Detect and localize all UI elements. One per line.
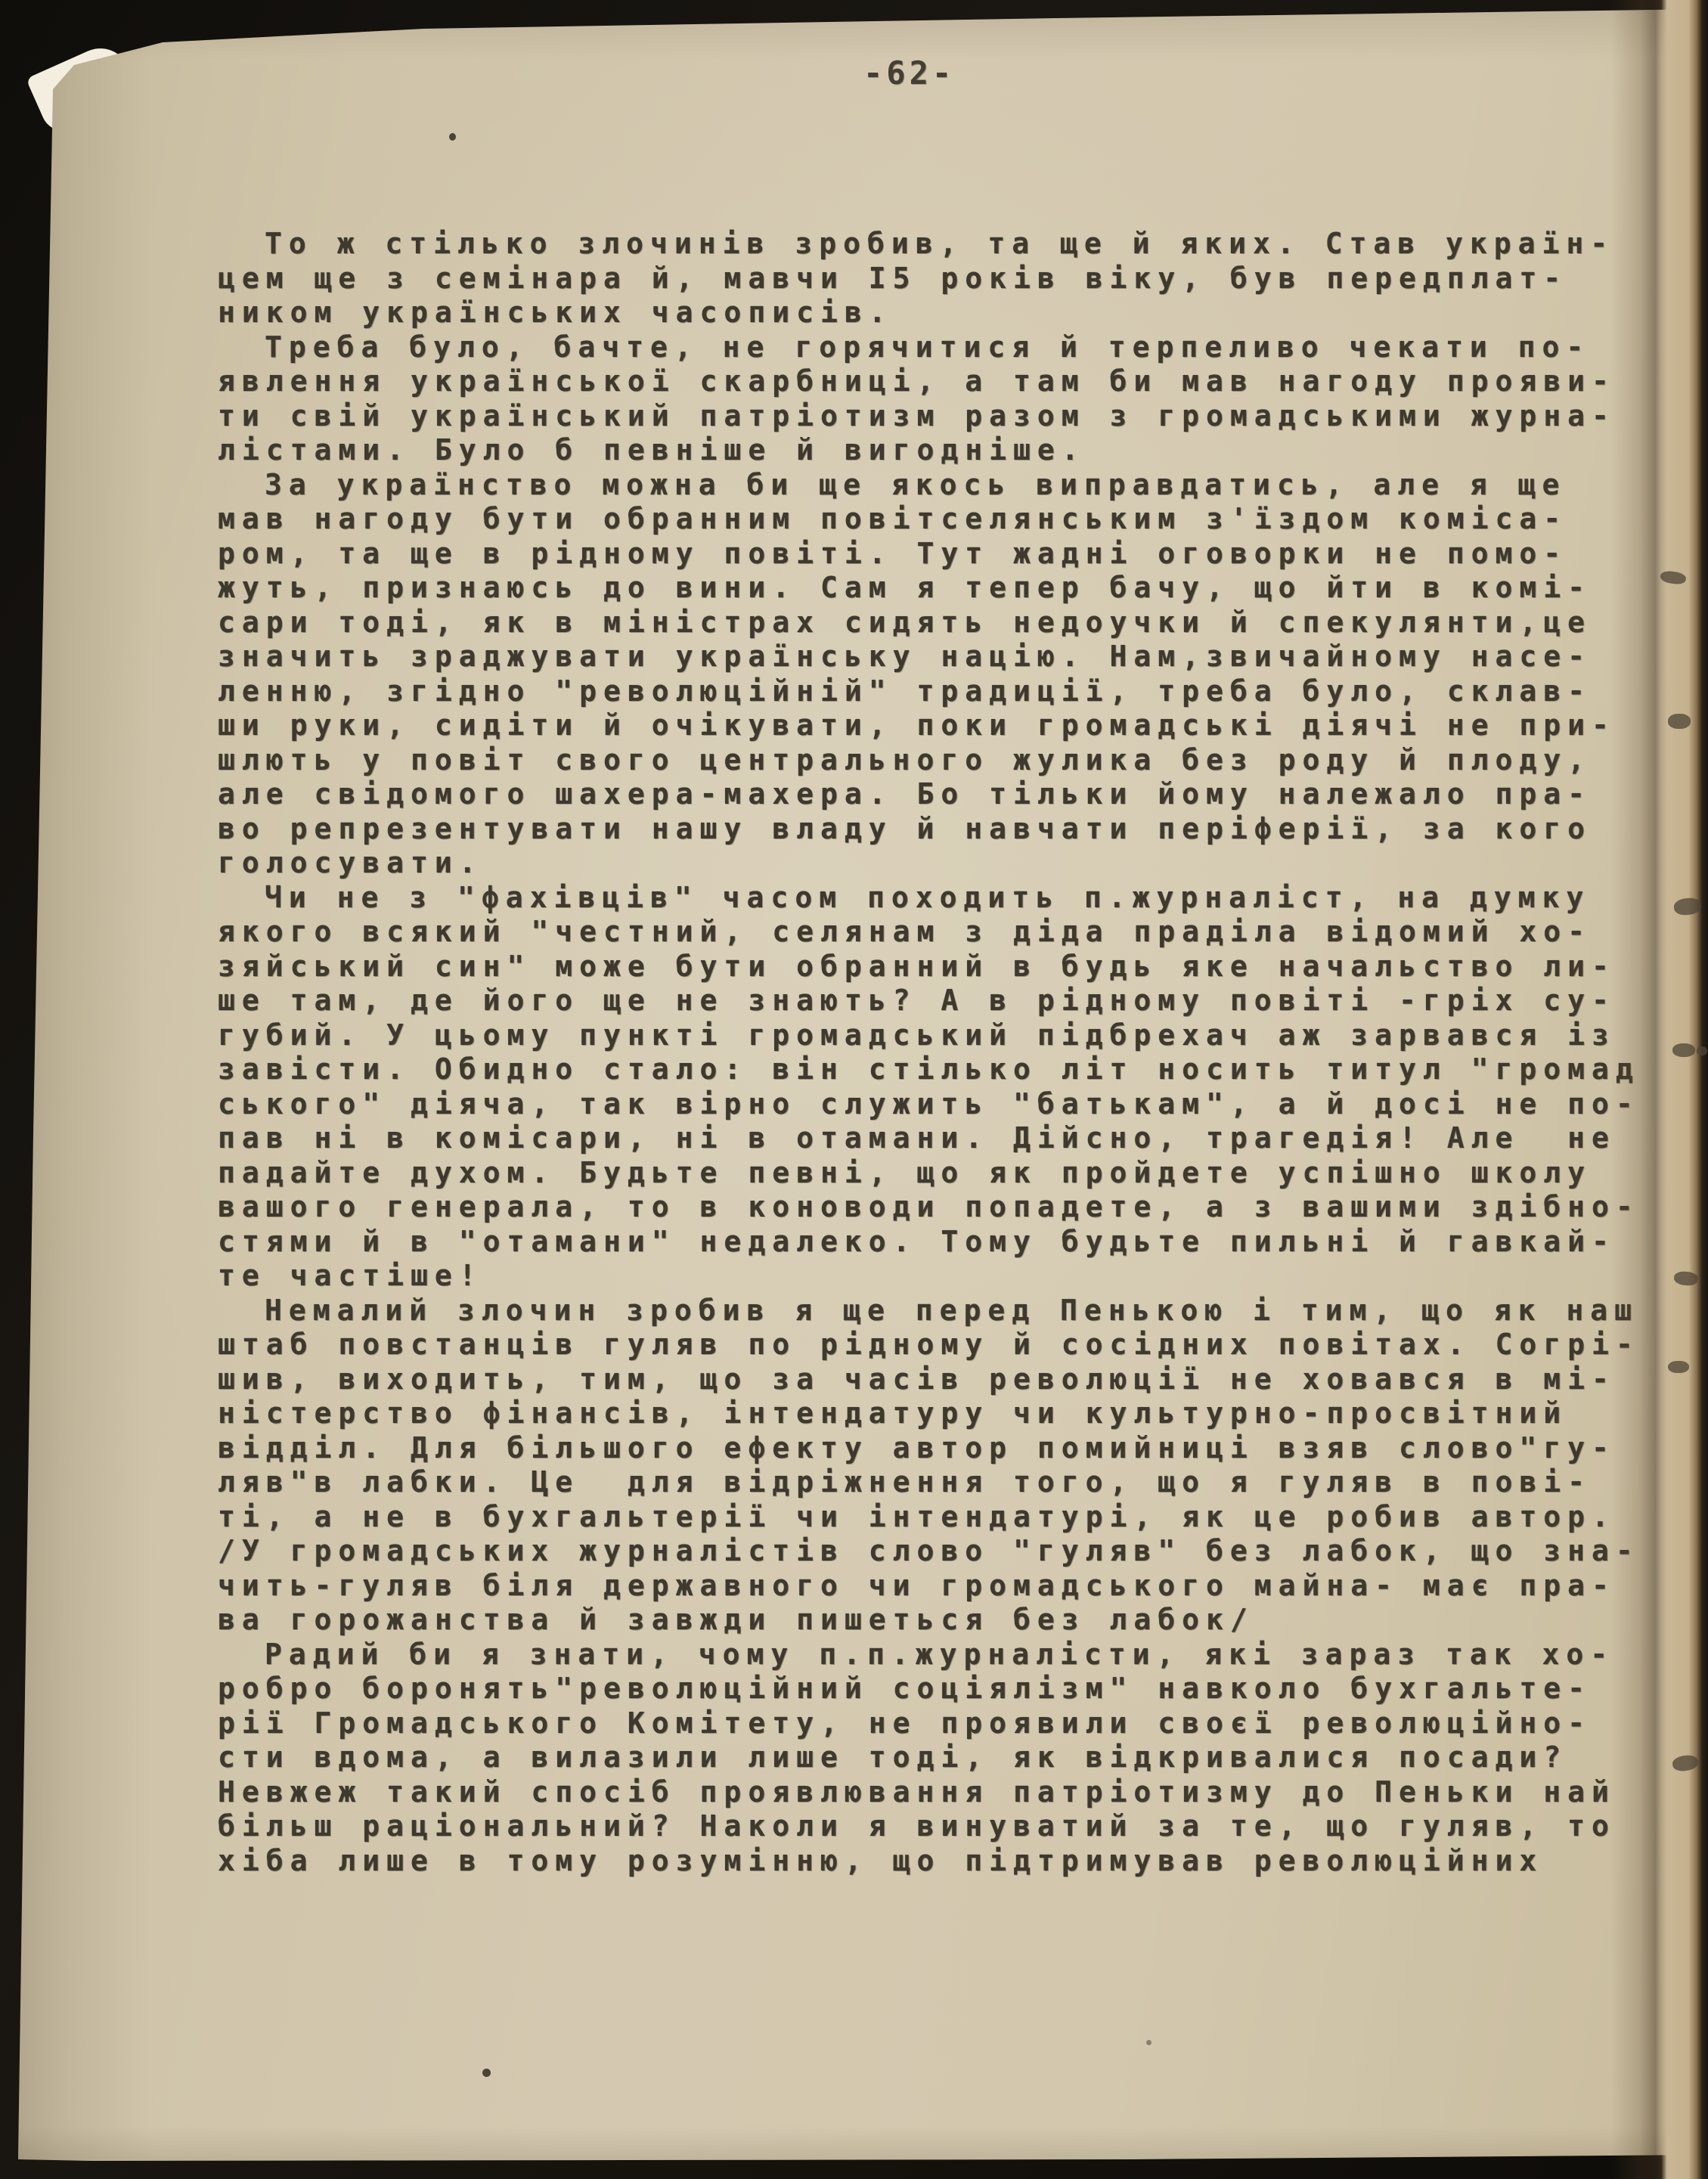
text-line: але свідомого шахера-махера. Бо тільки й… [218,777,1662,812]
ink-speck [449,133,456,141]
text-line: ше там, де його ще не знають? А в рідном… [218,984,1662,1018]
paragraph: Чи не з "фахівців" часом походить п.журн… [218,881,1662,1294]
text-line: шив, виходить, тим, що за часів революці… [218,1362,1662,1397]
text-line: Радий би я знати, чому п.п.журналісти, я… [218,1638,1662,1672]
paragraph: То ж стілько злочинів зробив, та ще й як… [218,227,1662,330]
text-line: більш раціональний? Наколи я винуватий з… [218,1809,1662,1844]
text-line: зяйський син" може бути обранний в будь … [218,950,1662,984]
text-line: ті, а не в бухгальтерії чи інтендатурі, … [218,1500,1662,1535]
text-line: Чи не з "фахівців" часом походить п.журн… [218,881,1662,916]
text-line: стями й в "отамани" недалеко. Тому будьт… [218,1225,1662,1260]
text-line: ником українських часописів. [218,296,1662,330]
ink-smudge [1668,1361,1689,1373]
text-line: цем ще з семінара й, мавчи І5 років віку… [218,262,1662,296]
text-line: Немалий злочин зробив я ще перед Пенькою… [218,1294,1662,1328]
text-line: якого всякий "честний, селянам з діда пр… [218,915,1662,950]
paragraph: Треба було, бачте, не горячитися й терпе… [218,330,1662,468]
ink-speck [482,2069,491,2077]
scan-background: -62- То ж стілько злочинів зробив, та ще… [0,0,1708,2179]
text-line: лістами. Було б певніше й вигодніше. [218,433,1662,468]
text-line: значить зраджувати українську націю. Нам… [218,640,1662,674]
text-line: штаб повстанців гуляв по рідному й сосід… [218,1328,1662,1362]
text-line: вашого генерала, то в коноводи попадете,… [218,1190,1662,1225]
text-line: те частіше! [218,1259,1662,1294]
text-line: ляв"в лабки. Це для відріжнення того, що… [218,1465,1662,1500]
text-line: ши руки, сидіти й очікувати, поки громад… [218,708,1662,743]
text-line: мав нагоду бути обранним повітселянським… [218,502,1662,537]
text-line: губий. У цьому пункті громадський підбре… [218,1018,1662,1053]
text-line: голосувати. [218,846,1662,881]
text-line: ського" діяча, так вірно служить "батька… [218,1087,1662,1122]
paragraph: Радий би я знати, чому п.п.журналісти, я… [218,1638,1662,1879]
text-line: во репрезентувати нашу владу й навчати п… [218,812,1662,847]
text-line: рії Громадського Комітету, не проявили с… [218,1706,1662,1741]
paragraph: За українство можна би ще якось виправда… [218,468,1662,881]
text-line: ленню, згідно "революційній" традиції, т… [218,674,1662,709]
text-line: робро боронять"революційний соціялізм" н… [218,1672,1662,1706]
text-line: Невжеж такий спосіб проявлювання патріот… [218,1775,1662,1810]
text-line: хіба лише в тому розумінню, що підтримув… [218,1844,1662,1879]
page-number: -62- [863,54,955,91]
text-line: Треба було, бачте, не горячитися й терпе… [218,330,1662,365]
text-line: чить-гуляв біля державного чи громадсько… [218,1569,1662,1604]
text-line: /У громадських журналістів слово "гуляв"… [218,1534,1662,1569]
text-line: явлення української скарбниці, а там би … [218,364,1662,399]
text-line: відділ. Для більшого ефекту автор помийн… [218,1431,1662,1466]
text-line: шлють у повіт свого центрального жулика … [218,743,1662,778]
text-line: сти вдома, а вилазили лише тоді, як відк… [218,1740,1662,1775]
text-line: То ж стілько злочинів зробив, та ще й як… [218,227,1662,262]
text-line: ва горожанства й завжди пишеться без лаб… [218,1603,1662,1638]
text-line: завісти. Обидно стало: він стілько літ н… [218,1052,1662,1087]
text-line: сари тоді, як в міністрах сидять недоучк… [218,606,1662,640]
text-line: ти свій український патріотизм разом з г… [218,399,1662,434]
text-line: падайте духом. Будьте певні, що як пройд… [218,1156,1662,1191]
text-line: ром, та ще в рідному повіті. Тут жадні о… [218,537,1662,572]
text-line: жуть, признаюсь до вини. Сам я тепер бач… [218,571,1662,606]
ink-speck [1146,2040,1152,2045]
text-line: пав ні в комісари, ні в отамани. Дійсно,… [218,1121,1662,1156]
ink-smudge [1672,1043,1695,1057]
body-text: То ж стілько злочинів зробив, та ще й як… [218,227,1662,1878]
text-line: За українство можна би ще якось виправда… [218,468,1662,503]
ink-smudge [1668,714,1691,729]
ink-smudge [1697,1046,1707,1055]
paragraph: Немалий злочин зробив я ще перед Пенькою… [218,1294,1662,1638]
text-line: ністерство фінансів, інтендатуру чи куль… [218,1396,1662,1431]
document-page: -62- То ж стілько злочинів зробив, та ще… [0,0,1708,2179]
